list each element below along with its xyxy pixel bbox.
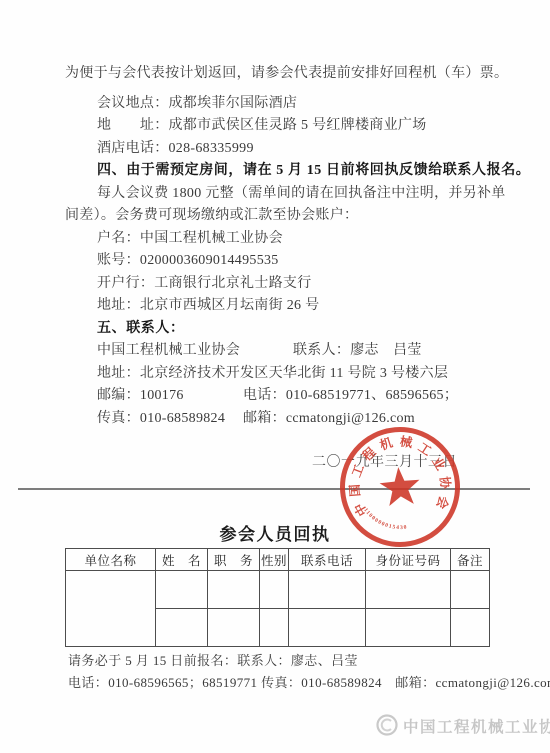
form-cell-unit <box>66 571 156 647</box>
hotel-phone-line: 酒店电话：028-68335999 <box>65 138 535 161</box>
reply-table-row <box>66 571 490 609</box>
account-number-label: 账号： <box>97 253 140 268</box>
hotel-phone-label: 酒店电话： <box>97 141 169 156</box>
col-header-gender: 性别 <box>260 549 289 571</box>
venue-location-line: 会议地点：成都埃菲尔国际酒店 <box>65 93 535 116</box>
contact-org: 中国工程机械工业协会 <box>97 340 293 363</box>
venue-address-line: 地 址：成都市武侯区佳灵路 5 号红牌楼商业广场 <box>65 115 535 138</box>
svg-text:械: 械 <box>399 434 414 451</box>
official-seal-stamp: 中国工程机械工业协会 1100000015430 <box>324 411 476 563</box>
section5-heading: 五、联系人： <box>65 318 535 341</box>
form-cell <box>260 571 289 609</box>
form-cell <box>451 571 490 609</box>
association-logo-icon <box>374 712 400 738</box>
section4-heading: 四、由于需预定房间，请在 5 月 15 日前将回执反馈给联系人报名。 <box>65 160 535 183</box>
seal-serial-number: 1100000015430 <box>362 504 408 534</box>
reply-form-table: 单位名称 姓 名 职 务 性别 联系电话 身份证号码 备注 <box>65 548 490 647</box>
form-cell <box>366 609 451 647</box>
form-cell <box>366 571 451 609</box>
account-name-label: 户名： <box>97 231 140 246</box>
contact-phone: 电话：010-68519771、68596565； <box>243 388 458 403</box>
postcode-phone-line: 邮编：100176电话：010-68519771、68596565； <box>65 385 535 408</box>
bank-label: 开户行： <box>97 276 154 291</box>
form-cell <box>289 571 366 609</box>
hotel-phone-value: 028-68335999 <box>169 141 254 156</box>
contact-org-line: 中国工程机械工业协会联系人：廖志 吕莹 <box>65 340 535 363</box>
col-header-unit-name: 单位名称 <box>66 549 156 571</box>
fee-line-1: 每人会议费 1800 元整（需单间的请在回执备注中注明，并另补单 <box>65 183 535 206</box>
contact-fax: 传真：010-68589824 <box>97 408 243 431</box>
venue-location-label: 会议地点： <box>97 96 169 111</box>
form-cell <box>208 609 260 647</box>
col-header-name: 姓 名 <box>156 549 208 571</box>
svg-text:会: 会 <box>433 494 452 511</box>
contact-postcode: 邮编：100176 <box>97 385 243 408</box>
account-number-line: 账号：0200003609014495535 <box>65 250 535 273</box>
col-header-title: 职 务 <box>208 549 260 571</box>
form-cell <box>156 609 208 647</box>
svg-text:业: 业 <box>429 455 448 473</box>
form-cell <box>260 609 289 647</box>
footer-watermark-brand: 中国工程机械工业协会 <box>403 715 550 737</box>
contact-persons: 联系人：廖志 吕莹 <box>293 343 422 358</box>
form-cell <box>451 609 490 647</box>
form-note-contacts: 电话：010-68596565；68519771 传真：010-68589824… <box>68 672 550 691</box>
svg-text:工: 工 <box>416 440 435 459</box>
account-number-value: 0200003609014495535 <box>140 253 279 268</box>
bank-address-label: 地址： <box>97 298 140 313</box>
svg-text:机: 机 <box>378 434 395 452</box>
form-cell <box>208 571 260 609</box>
fee-line-2: 间差）。会务费可现场缴纳或汇款至协会账户： <box>65 205 535 228</box>
form-cell <box>156 571 208 609</box>
venue-address-value: 成都市武侯区佳灵路 5 号红牌楼商业广场 <box>169 118 427 133</box>
notice-body: 为便于与会代表按计划返回，请参会代表提前安排好回程机（车）票。 会议地点：成都埃… <box>65 63 535 430</box>
bank-address-value: 北京市西城区月坛南街 26 号 <box>140 298 320 313</box>
venue-address-label: 地 址： <box>97 118 169 133</box>
intro-line: 为便于与会代表按计划返回，请参会代表提前安排好回程机（车）票。 <box>65 63 535 86</box>
seal-star-icon <box>378 465 421 506</box>
scanned-notice-page: 为便于与会代表按计划返回，请参会代表提前安排好回程机（车）票。 会议地点：成都埃… <box>0 0 550 753</box>
account-name-line: 户名：中国工程机械工业协会 <box>65 228 535 251</box>
bank-address-line: 地址：北京市西城区月坛南街 26 号 <box>65 295 535 318</box>
svg-text:工: 工 <box>349 462 367 479</box>
svg-text:国: 国 <box>348 483 363 497</box>
venue-location-value: 成都埃菲尔国际酒店 <box>169 96 298 111</box>
svg-text:协: 协 <box>437 476 453 490</box>
account-name-value: 中国工程机械工业协会 <box>140 231 283 246</box>
form-cell <box>289 609 366 647</box>
contact-address-line: 地址：北京经济技术开发区天华北街 11 号院 3 号楼六层 <box>65 363 535 386</box>
bank-line: 开户行：工商银行北京礼士路支行 <box>65 273 535 296</box>
form-note-deadline: 请务必于 5 月 15 日前报名：联系人：廖志、吕莹 <box>68 650 358 669</box>
bank-value: 工商银行北京礼士路支行 <box>154 276 311 291</box>
